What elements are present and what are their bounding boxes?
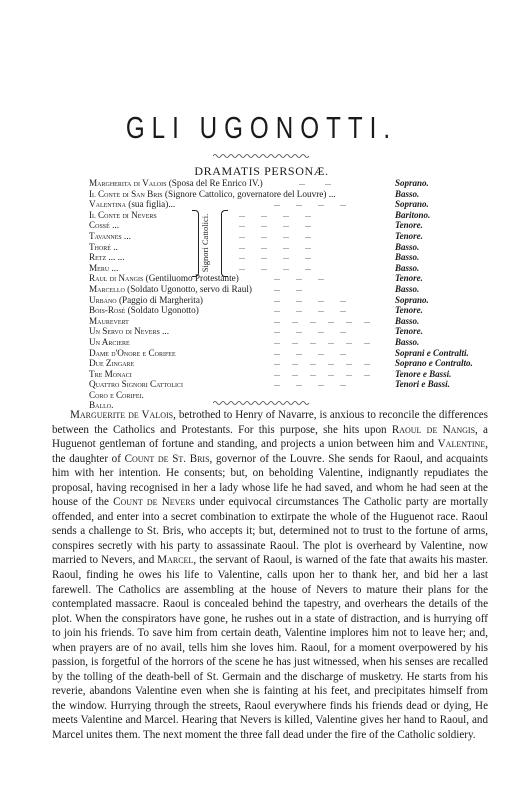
decorative-rule-bottom	[213, 400, 311, 406]
dot-leader: ... ... ... ...	[274, 348, 346, 359]
cast-row: Meru ...... ... ... ...Basso.	[89, 263, 489, 274]
character-name: Due Zingare	[89, 358, 134, 369]
cast-row: Tavannes ...... ... ... ...Tenore.	[89, 231, 489, 242]
cast-row: Marcello (Soldato Ugonotto, servo di Rau…	[89, 284, 489, 295]
synopsis-name: Raoul de Nangis	[392, 424, 475, 436]
cast-row: Coro e Corifei.	[89, 390, 489, 401]
brace-left	[192, 210, 199, 277]
dot-leader: ... ... ... ... ... ...	[274, 337, 370, 348]
cast-row: Maurevert... ... ... ... ... ...Basso.	[89, 316, 489, 327]
character-name: Meru ...	[89, 263, 118, 274]
voice-type: Basso.	[395, 337, 419, 348]
dot-leader: ... ... ... ...	[239, 210, 311, 221]
voice-type: Soprano e Contralto.	[395, 358, 473, 369]
character-name: Un Arciere	[89, 337, 130, 348]
cast-row: Tre Monaci... ... ... ... ... ...Tenore …	[89, 369, 489, 380]
cast-row: Margherita di Valois (Sposa del Re Enric…	[89, 178, 489, 189]
cast-row: Retz ... ...... ... ... ...Basso.	[89, 252, 489, 263]
voice-type: Basso.	[395, 316, 419, 327]
cast-row: Un Arciere... ... ... ... ... ...Basso.	[89, 337, 489, 348]
cast-heading: DRAMATIS PERSONÆ.	[0, 164, 523, 179]
voice-type: Basso.	[395, 242, 419, 253]
cast-row: Due Zingare... ... ... ... ... ...Sopran…	[89, 358, 489, 369]
cast-row: Valentina (sua figlia)...... ... ... ...…	[89, 199, 489, 210]
character-name: Un Servo di Nevers ...	[89, 326, 169, 337]
cast-row: Il Conte di San Bris (Signore Cattolico,…	[89, 189, 489, 200]
synopsis-name: Count de St. Bris	[125, 453, 210, 465]
cast-row: Thoré ..... ... ... ...Basso.	[89, 242, 489, 253]
dot-leader: ... ... ... ... ... ...	[274, 316, 370, 327]
cast-row: Dame d'Onore e Corifee... ... ... ...Sop…	[89, 348, 489, 359]
voice-type: Tenore e Bassi.	[395, 369, 451, 380]
character-name: Cossé ...	[89, 220, 119, 231]
character-name: Maurevert	[89, 316, 129, 327]
character-name: Dame d'Onore e Corifee	[89, 348, 176, 359]
synopsis-name: Count de Nevers	[113, 496, 195, 508]
dot-leader: ... ...	[274, 284, 302, 295]
cast-row: Quattro Signori Cattolici... ... ... ...…	[89, 379, 489, 390]
cast-row: Cossé ...... ... ... ...Tenore.	[89, 220, 489, 231]
voice-type: Soprano.	[395, 178, 429, 189]
cast-group-label: Signori Cattolici.	[200, 210, 210, 276]
voice-type: Tenore.	[395, 273, 423, 284]
character-name: Retz ... ...	[89, 252, 125, 263]
synopsis-paragraph: Marguerite de Valois, betrothed to Henry…	[52, 408, 488, 743]
voice-type: Soprano.	[395, 199, 429, 210]
dot-leader: ... ... ...	[274, 273, 324, 284]
dot-leader: ... ... ... ...	[274, 305, 346, 316]
character-name: Bois-Rosé (Soldato Ugonotto)	[89, 305, 199, 316]
synopsis-text: , the servant of Raoul, is warned of the…	[52, 554, 488, 741]
dot-leader: ... ... ... ...	[274, 199, 346, 210]
character-name: Raul di Nangis (Gentiluomo Protestante)	[89, 273, 239, 284]
dot-leader: ... ... ... ...	[274, 295, 346, 306]
voice-type: Tenore.	[395, 326, 423, 337]
synopsis-name: Marguerite de Valois	[70, 409, 173, 421]
voice-type: Tenore.	[395, 305, 423, 316]
synopsis-name: Marcel	[157, 554, 193, 566]
character-name: Marcello (Soldato Ugonotto, servo di Rau…	[89, 284, 252, 295]
dot-leader: ... ... ... ...	[239, 242, 311, 253]
dot-leader: ... ... ... ...	[239, 263, 311, 274]
voice-type: Tenori e Bassi.	[395, 379, 450, 390]
dot-leader: ... ... ... ...	[239, 231, 311, 242]
voice-type: Soprani e Contralti.	[395, 348, 469, 359]
cast-row: Bois-Rosé (Soldato Ugonotto)... ... ... …	[89, 305, 489, 316]
character-name: Il Conte di San Bris (Signore Cattolico,…	[89, 189, 336, 200]
cast-row: Raul di Nangis (Gentiluomo Protestante).…	[89, 273, 489, 284]
voice-type: Basso.	[395, 189, 419, 200]
character-name: Tavannes ...	[89, 231, 131, 242]
voice-type: Soprano.	[395, 295, 429, 306]
voice-type: Basso.	[395, 263, 419, 274]
character-name: Quattro Signori Cattolici	[89, 379, 183, 390]
character-name: Coro e Corifei.	[89, 390, 144, 401]
dot-leader: ... ... ... ...	[239, 252, 311, 263]
voice-type: Tenore.	[395, 220, 423, 231]
dot-leader: ... ... ... ...	[274, 326, 346, 337]
voice-type: Basso.	[395, 284, 419, 295]
voice-type: Baritono.	[395, 210, 430, 221]
dot-leader: ... ... ... ... ... ...	[274, 358, 370, 369]
cast-row: Urbano (Paggio di Margherita)... ... ...…	[89, 295, 489, 306]
synopsis-name: Valentine	[438, 438, 486, 450]
dot-leader: ... ... ... ... ... ...	[274, 369, 370, 380]
character-name: Il Conte di Nevers	[89, 210, 157, 221]
decorative-rule-top	[213, 153, 311, 159]
cast-list: Margherita di Valois (Sposa del Re Enric…	[89, 178, 489, 411]
character-name: Valentina (sua figlia)...	[89, 199, 175, 210]
character-name: Urbano (Paggio di Margherita)	[89, 295, 203, 306]
voice-type: Basso.	[395, 252, 419, 263]
dot-leader: ... ...	[299, 178, 331, 189]
page-title: GLI UGONOTTI.	[58, 110, 466, 146]
brace-right	[221, 210, 228, 277]
cast-row: Un Servo di Nevers ...... ... ... ...Ten…	[89, 326, 489, 337]
character-name: Thoré ..	[89, 242, 118, 253]
voice-type: Tenore.	[395, 231, 423, 242]
cast-row: Il Conte di Nevers... ... ... ...Bariton…	[89, 210, 489, 221]
dot-leader: ... ... ... ...	[239, 220, 311, 231]
dot-leader: ... ... ... ...	[274, 379, 346, 390]
character-name: Margherita di Valois (Sposa del Re Enric…	[89, 178, 263, 189]
character-name: Tre Monaci	[89, 369, 132, 380]
